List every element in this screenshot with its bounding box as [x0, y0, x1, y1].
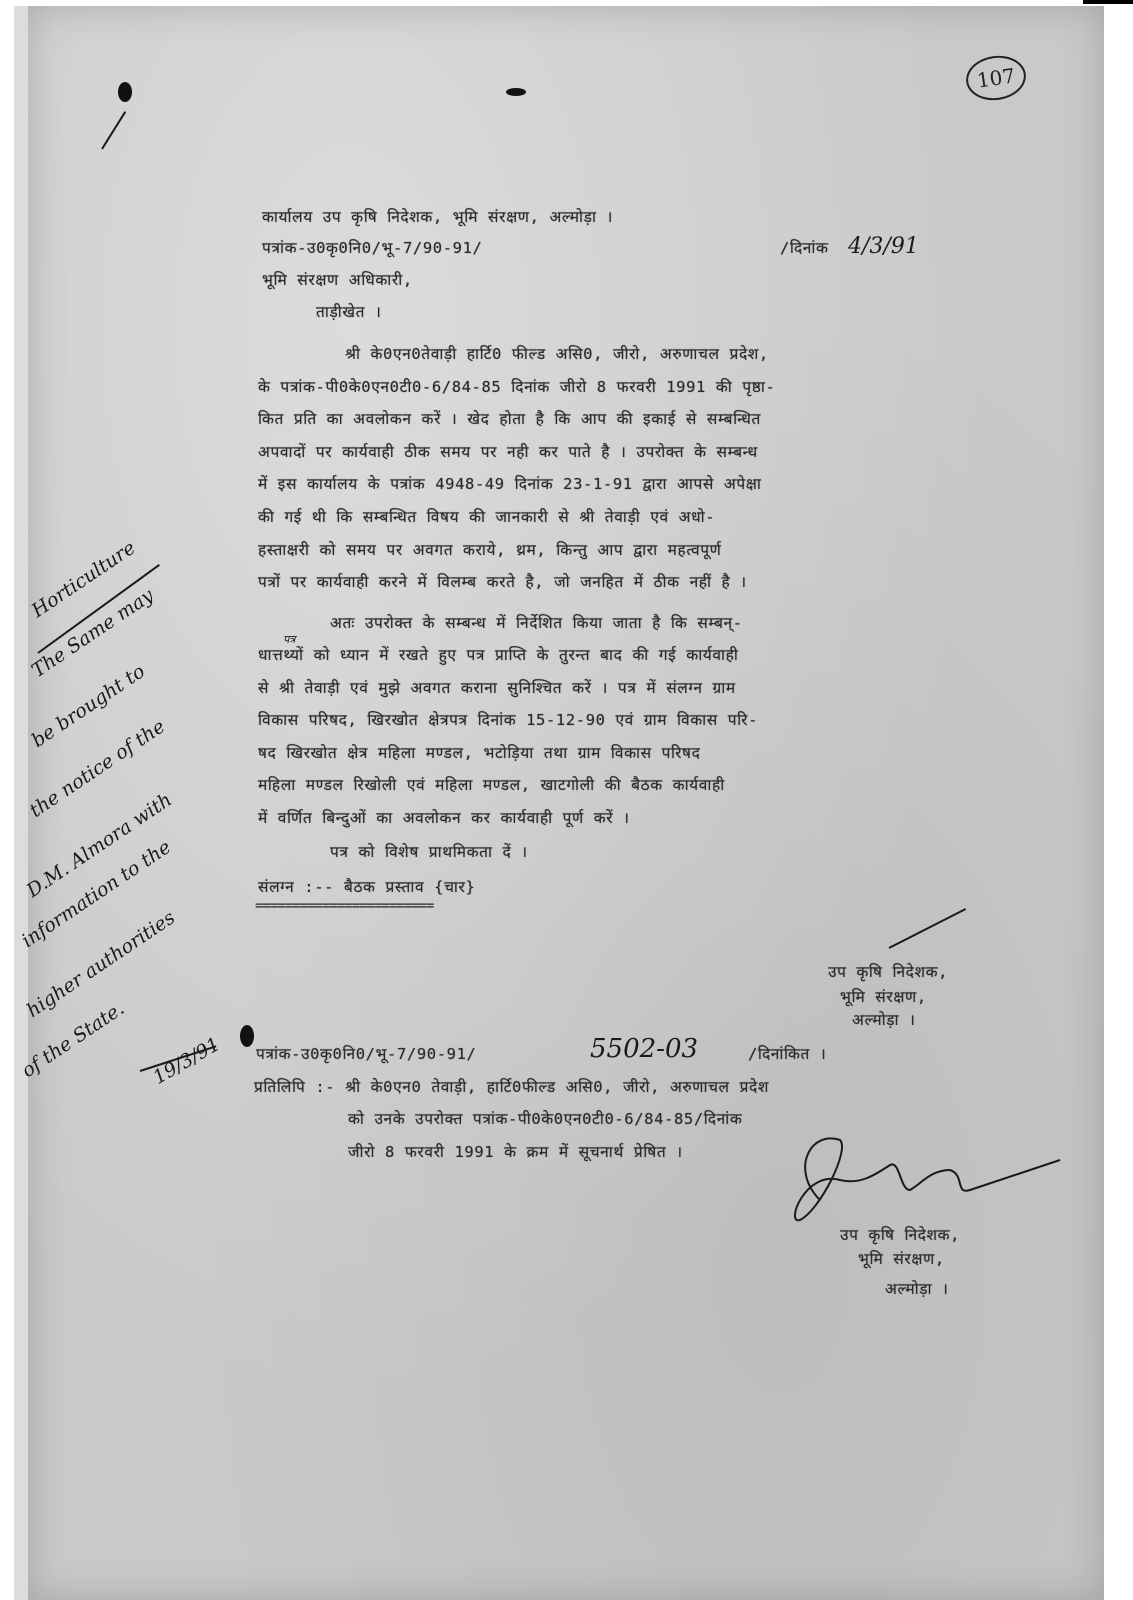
enclosure-line: संलग्न :-- बैठक प्रस्ताव {चार}	[258, 875, 475, 897]
copy-line: जीरो 8 फरवरी 1991 के क्रम में सूचनार्थ प…	[348, 1140, 683, 1162]
copy-date-label: /दिनांकित ।	[748, 1042, 826, 1064]
copy-letter-number: पत्रांक-उ0कृ0नि0/भू-7/90-91/	[256, 1042, 476, 1064]
body-line: में वर्णित बिन्दुओं का अवलोकन कर कार्यवा…	[258, 806, 630, 828]
letter-number: पत्रांक-उ0कृ0नि0/भू-7/90-91/	[262, 236, 482, 258]
date-handwritten: 4/3/91	[848, 234, 919, 259]
body-line: कित प्रति का अवलोकन करें । खेद होता है क…	[258, 407, 761, 429]
body-line: के पत्रांक-पी0के0एन0टी0-6/84-85 दिनांक ज…	[258, 375, 775, 397]
signatory-place: अल्मोड़ा ।	[852, 1008, 916, 1030]
copy-number-handwritten: 5502-03	[590, 1034, 698, 1064]
office-heading: कार्यालय उप कृषि निदेशक, भूमि संरक्षण, अ…	[262, 205, 613, 227]
body-line: में इस कार्यालय के पत्रांक 4948-49 दिनां…	[258, 472, 761, 494]
underline-rule: ========================	[255, 898, 433, 914]
copy-line: प्रतिलिपि :- श्री के0एन0 तेवाड़ी, हार्टि…	[254, 1075, 769, 1097]
body-line: महिला मण्डल रिखोली एवं महिला मण्डल, खाटग…	[258, 773, 725, 795]
signatory-title: उप कृषि निदेशक,	[840, 1223, 960, 1245]
signatory-dept: भूमि संरक्षण,	[840, 985, 927, 1007]
date-label: /दिनांक	[780, 236, 829, 258]
body-line: हस्ताक्षरी को समय पर अवगत कराये, थ्रम, क…	[258, 538, 722, 560]
body-line: षद खिरखोत क्षेत्र महिला मण्डल, भटोड़िया …	[258, 741, 700, 763]
body-line: अपवादों पर कार्यवाही ठीक समय पर नही कर प…	[258, 440, 758, 462]
body-line: विकास परिषद, खिरखोत क्षेत्रपत्र दिनांक 1…	[258, 708, 758, 730]
body-line: धात्तथ्यों को ध्यान में रखते हुए पत्र प्…	[258, 643, 738, 665]
ink-blot	[506, 88, 526, 96]
signatory-place: अल्मोड़ा ।	[885, 1277, 949, 1299]
ink-blot	[240, 1025, 254, 1047]
body-line: पत्र को विशेष प्राथमिकता दें ।	[330, 840, 528, 862]
scanned-letter	[14, 6, 1104, 1600]
signatory-dept: भूमि संरक्षण,	[858, 1247, 945, 1269]
body-line: से श्री तेवाड़ी एवं मुझे अवगत कराना सुनि…	[258, 676, 736, 698]
recipient-place: ताड़ीखेत ।	[316, 300, 381, 322]
ink-blot	[118, 82, 132, 102]
copy-line: को उनके उपरोक्त पत्रांक-पी0के0एन0टी0-6/8…	[348, 1107, 742, 1129]
scan-edge	[1083, 0, 1133, 4]
body-line: की गई थी कि सम्बन्धित विषय की जानकारी से…	[258, 505, 715, 527]
body-line: अतः उपरोक्त के सम्बन्ध में निर्देशित किय…	[330, 611, 743, 633]
signatory-title: उप कृषि निदेशक,	[828, 960, 948, 982]
body-line: पत्रों पर कार्यवाही करने में विलम्ब करते…	[258, 570, 747, 592]
recipient-title: भूमि संरक्षण अधिकारी,	[262, 268, 413, 290]
body-line: श्री के0एन0तेवाड़ी हार्टि0 फील्ड असि0, ज…	[345, 342, 769, 364]
